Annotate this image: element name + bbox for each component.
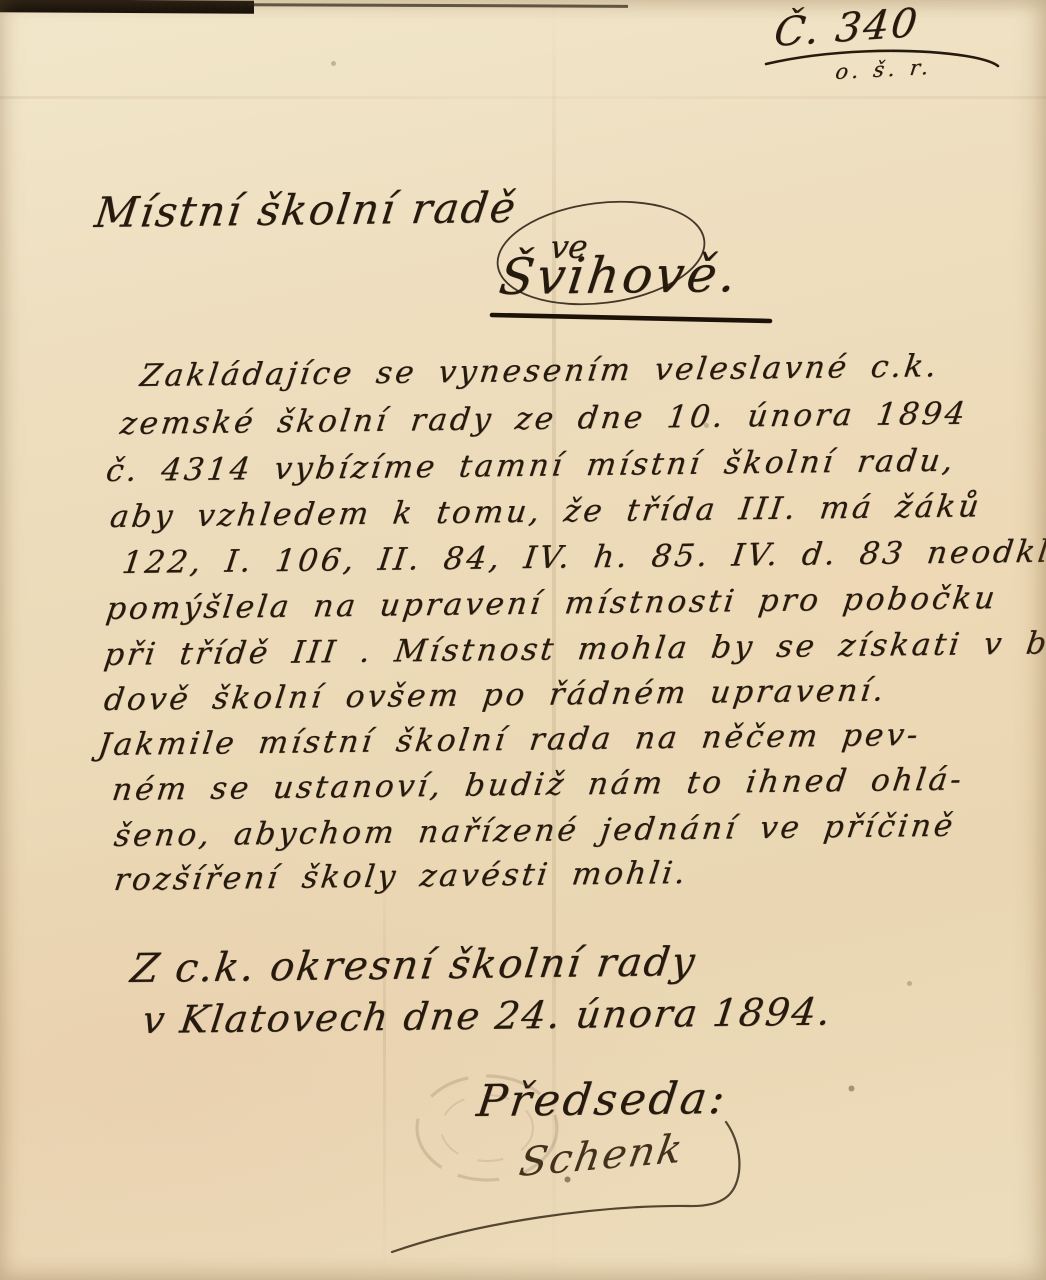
body-line: rozšíření školy zavésti mohli. (112, 855, 690, 898)
body-line: šeno, abychom nařízené jednání ve příčin… (112, 808, 958, 854)
reference-number: Č. 340 (772, 0, 921, 56)
body-line: při třídě III . Místnost mohla by se zís… (102, 625, 1046, 673)
scan-edge-line (248, 3, 628, 8)
body-line: Jakmile místní školní rada na něčem pev- (96, 717, 923, 763)
closing-place-date: v Klatovech dne 24. února 1894. (140, 990, 835, 1042)
body-line: pomýšlela na upravení místnosti pro pobo… (104, 580, 1000, 627)
body-line: Zakládajíce se vynesením veleslavné c.k. (138, 348, 941, 394)
horizontal-fold-crease (0, 96, 1046, 99)
body-line: dově školní ovšem po řádném upravení. (102, 672, 889, 718)
reference-department: o. š. r. (834, 55, 934, 84)
body-line: č. 4314 vybízíme tamní místní školní rad… (104, 443, 958, 489)
body-line: ném se ustanoví, budiž nám to ihned ohlá… (110, 762, 966, 808)
scan-edge-artifact (0, 0, 254, 14)
body-line: 122, I. 106, II. 84, IV. h. 85. IV. d. 8… (120, 533, 1046, 581)
vertical-fold-crease-lower (383, 860, 386, 1280)
place-underline (492, 315, 770, 321)
body-line: aby vzhledem k tomu, že třída III. má žá… (108, 488, 984, 535)
body-line: zemské školní rady ze dne 10. února 1894 (118, 396, 970, 442)
address-recipient: Místní školní radě (92, 183, 520, 237)
address-place: Švihově. (496, 245, 742, 306)
scanned-letter-page: Č. 340 o. š. r. Místní školní radě ve Šv… (0, 0, 1046, 1280)
closing-origin: Z c.k. okresní školní rady (128, 939, 699, 992)
signature: Schenk (516, 1126, 688, 1186)
closing-role: Předseda: (474, 1073, 731, 1127)
